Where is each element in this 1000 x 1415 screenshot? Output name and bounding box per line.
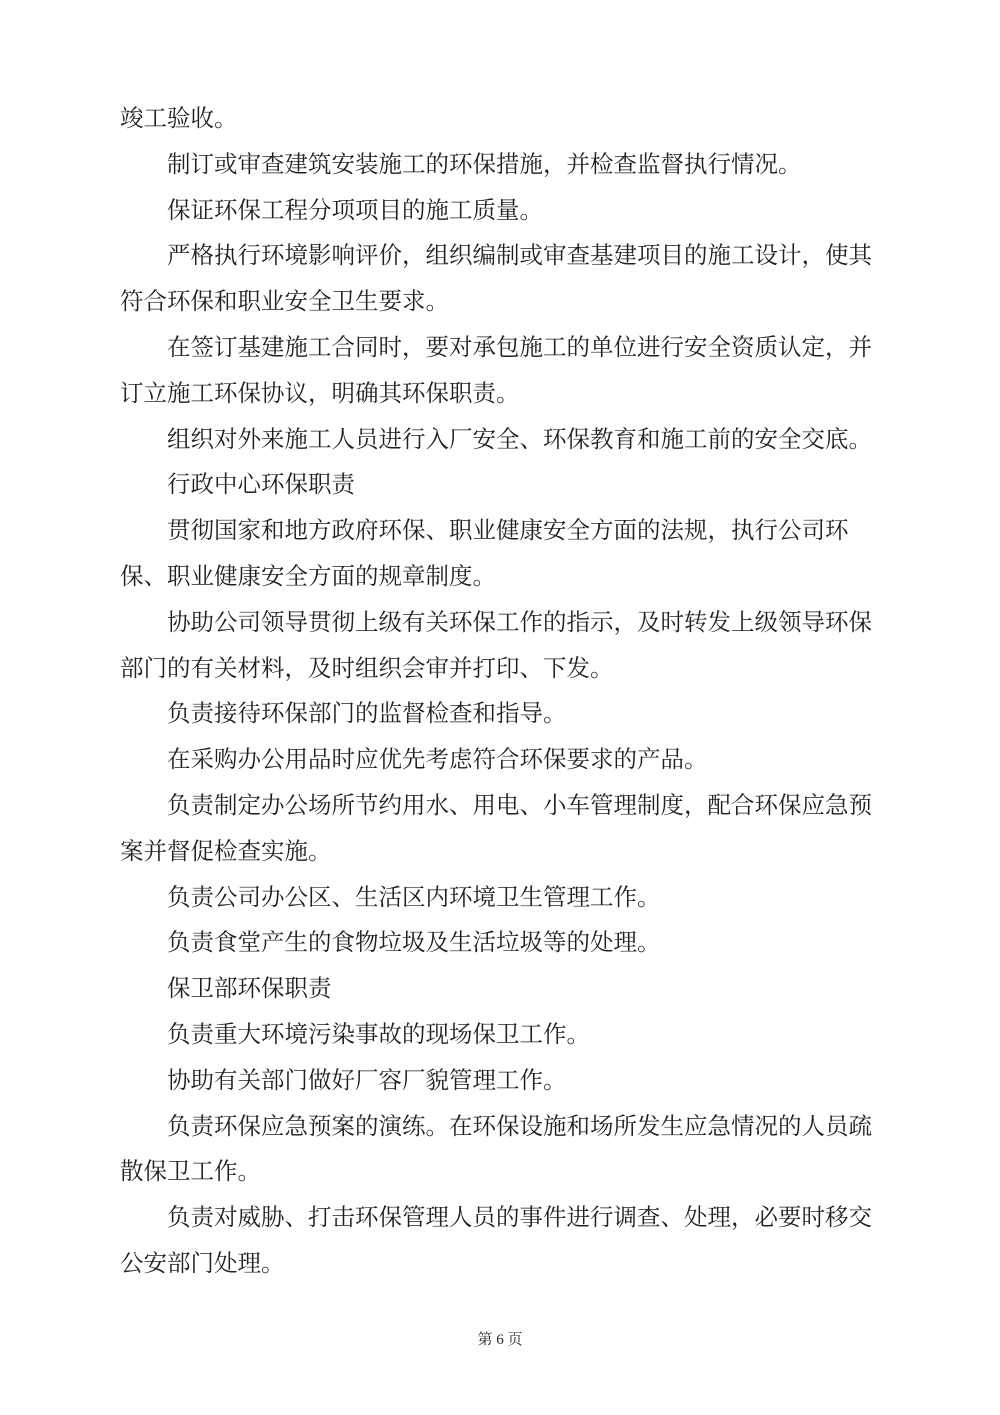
page-number-label: 第 6 页 [477, 1332, 522, 1348]
text-line: 协助公司领导贯彻上级有关环保工作的指示，及时转发上级领导环保 [120, 601, 873, 647]
text-line: 保卫部环保职责 [120, 967, 873, 1013]
text-line: 部门的有关材料，及时组织会审并打印、下发。 [120, 647, 873, 693]
text-line: 在签订基建施工合同时，要对承包施工的单位进行安全资质认定，并 [120, 326, 873, 372]
text-line: 在采购办公用品时应优先考虑符合环保要求的产品。 [120, 738, 873, 784]
text-line: 案并督促检查实施。 [120, 830, 873, 876]
text-line: 严格执行环境影响评价，组织编制或审查基建项目的施工设计，使其 [120, 234, 873, 280]
text-line: 符合环保和职业安全卫生要求。 [120, 280, 873, 326]
text-line: 负责重大环境污染事故的现场保卫工作。 [120, 1013, 873, 1059]
page-footer: 第 6 页 [0, 1328, 1000, 1349]
text-line: 订立施工环保协议，明确其环保职责。 [120, 372, 873, 418]
text-line: 负责公司办公区、生活区内环境卫生管理工作。 [120, 876, 873, 922]
text-line: 散保卫工作。 [120, 1150, 873, 1196]
text-line: 保证环保工程分项项目的施工质量。 [120, 189, 873, 235]
text-line: 行政中心环保职责 [120, 463, 873, 509]
text-line: 负责食堂产生的食物垃圾及生活垃圾等的处理。 [120, 921, 873, 967]
text-line: 负责制定办公场所节约用水、用电、小车管理制度，配合环保应急预 [120, 784, 873, 830]
text-line: 制订或审查建筑安装施工的环保措施，并检查监督执行情况。 [120, 143, 873, 189]
document-page: 竣工验收。制订或审查建筑安装施工的环保措施，并检查监督执行情况。保证环保工程分项… [0, 0, 1000, 1415]
text-line: 组织对外来施工人员进行入厂安全、环保教育和施工前的安全交底。 [120, 418, 873, 464]
text-line: 公安部门处理。 [120, 1242, 873, 1288]
text-line: 负责对威胁、打击环保管理人员的事件进行调查、处理，必要时移交 [120, 1196, 873, 1242]
text-line: 保、职业健康安全方面的规章制度。 [120, 555, 873, 601]
text-line: 贯彻国家和地方政府环保、职业健康安全方面的法规，执行公司环 [120, 509, 873, 555]
text-line: 负责接待环保部门的监督检查和指导。 [120, 692, 873, 738]
document-body: 竣工验收。制订或审查建筑安装施工的环保措施，并检查监督执行情况。保证环保工程分项… [120, 97, 873, 1288]
text-line: 竣工验收。 [120, 97, 873, 143]
text-line: 负责环保应急预案的演练。在环保设施和场所发生应急情况的人员疏 [120, 1105, 873, 1151]
text-line: 协助有关部门做好厂容厂貌管理工作。 [120, 1059, 873, 1105]
